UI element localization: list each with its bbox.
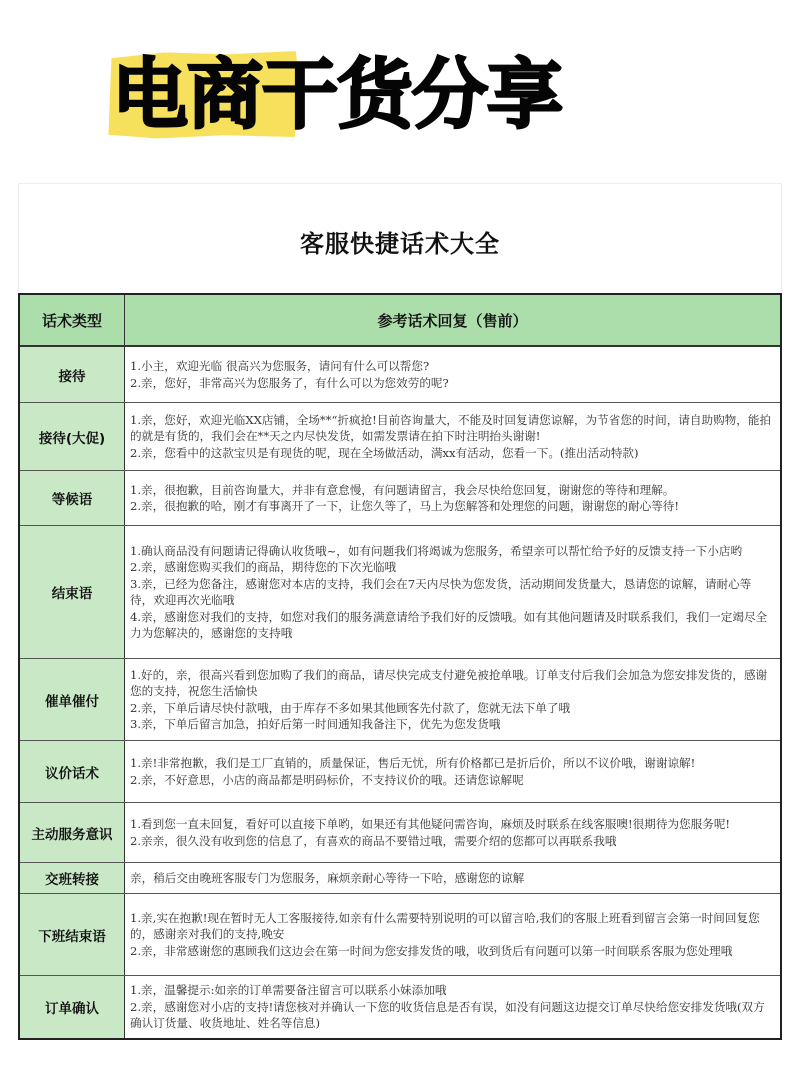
script-reply-cell: 1.小主，欢迎光临 很高兴为您服务，请问有什么可以帮您?2.亲，您好，非常高兴为… xyxy=(125,347,780,402)
reply-line: 1.亲，很抱歉，目前咨询量大，并非有意怠慢，有问题请留言，我会尽快给您回复，谢谢… xyxy=(130,482,774,499)
page-title-highlight-text: 电商 xyxy=(112,50,262,139)
reply-line: 2.亲亲，很久没有收到您的信息了，有喜欢的商品不要错过哦，需要介绍的您都可以再联… xyxy=(130,833,774,850)
reply-line: 1.小主，欢迎光临 很高兴为您服务，请问有什么可以帮您? xyxy=(130,358,774,375)
script-type-cell: 交班转接 xyxy=(20,863,125,893)
table-row: 交班转接亲，稍后交由晚班客服专门为您服务，麻烦亲耐心等待一下哈，感谢您的谅解 xyxy=(20,863,780,894)
script-reply-cell: 1.亲，您好，欢迎光临XX店铺，全场**“折疯抢!目前咨询量大，不能及时回复请您… xyxy=(125,403,780,470)
reply-line: 亲，稍后交由晚班客服专门为您服务，麻烦亲耐心等待一下哈，感谢您的谅解 xyxy=(130,870,774,887)
table-row: 订单确认1.亲，温馨提示:如亲的订单需要备注留言可以联系小妹添加哦2.亲，感谢您… xyxy=(20,976,780,1038)
script-reply-cell: 1.亲!非常抱歉，我们是工厂直销的，质量保证，售后无忧，所有价格都已是折后价，所… xyxy=(125,741,780,802)
reply-line: 2.亲，非常感谢您的惠顾我们这边会在第一时间为您安排发货的哦，收到货后有问题可以… xyxy=(130,943,774,960)
page-title: 电商干货分享 xyxy=(112,50,712,140)
reply-line: 3.亲，下单后留言加急，拍好后第一时间通知我备注下，优先为您发货哦 xyxy=(130,716,774,733)
reply-line: 1.亲，您好，欢迎光临XX店铺，全场**“折疯抢!目前咨询量大，不能及时回复请您… xyxy=(130,412,774,445)
reply-line: 1.确认商品没有问题请记得确认收货哦~，如有问题我们将竭诚为您服务，希望亲可以帮… xyxy=(130,543,774,560)
reply-line: 1.亲，温馨提示:如亲的订单需要备注留言可以联系小妹添加哦 xyxy=(130,982,774,999)
reply-line: 1.亲,实在抱歉!现在暂时无人工客服接待,如亲有什么需要特别说明的可以留言哈,我… xyxy=(130,910,774,943)
table-row: 结束语1.确认商品没有问题请记得确认收货哦~，如有问题我们将竭诚为您服务，希望亲… xyxy=(20,526,780,659)
script-reply-cell: 1.确认商品没有问题请记得确认收货哦~，如有问题我们将竭诚为您服务，希望亲可以帮… xyxy=(125,526,780,658)
table-row: 催单催付1.好的，亲，很高兴看到您加购了我们的商品，请尽快完成支付避免被抢单哦。… xyxy=(20,659,780,741)
table-header-row: 话术类型 参考话术回复（售前） xyxy=(20,295,780,347)
reply-line: 1.好的，亲，很高兴看到您加购了我们的商品，请尽快完成支付避免被抢单哦。订单支付… xyxy=(130,667,774,700)
reply-line: 2.亲，很抱歉的哈，刚才有事离开了一下，让您久等了，马上为您解答和处理您的问题，… xyxy=(130,498,774,515)
reply-line: 2.亲，您看中的这款宝贝是有现货的呢，现在全场做活动，满xx有活动，您看一下。(… xyxy=(130,445,774,462)
script-type-cell: 催单催付 xyxy=(20,659,125,740)
script-type-cell: 下班结束语 xyxy=(20,894,125,975)
reply-line: 2.亲，下单后请尽快付款哦，由于库存不多如果其他顾客先付款了，您就无法下单了哦 xyxy=(130,700,774,717)
script-reply-cell: 1.亲，很抱歉，目前咨询量大，并非有意怠慢，有问题请留言，我会尽快给您回复，谢谢… xyxy=(125,471,780,525)
script-type-cell: 主动服务意识 xyxy=(20,803,125,862)
table-row: 下班结束语1.亲,实在抱歉!现在暂时无人工客服接待,如亲有什么需要特别说明的可以… xyxy=(20,894,780,976)
table-body: 接待1.小主，欢迎光临 很高兴为您服务，请问有什么可以帮您?2.亲，您好，非常高… xyxy=(20,347,780,1038)
hero-banner: 电商干货分享 xyxy=(0,0,800,180)
table-row: 等候语1.亲，很抱歉，目前咨询量大，并非有意怠慢，有问题请留言，我会尽快给您回复… xyxy=(20,471,780,526)
reply-line: 3.亲，已经为您备注，感谢您对本店的支持，我们会在7天内尽快为您发货，活动期间发… xyxy=(130,576,774,609)
table-title-card: 客服快捷话术大全 xyxy=(18,183,782,293)
script-type-cell: 接待(大促) xyxy=(20,403,125,470)
reply-line: 2.亲，感谢您对小店的支持!请您核对并确认一下您的收货信息是否有误，如没有问题这… xyxy=(130,999,774,1032)
reply-line: 1.亲!非常抱歉，我们是工厂直销的，质量保证，售后无忧，所有价格都已是折后价，所… xyxy=(130,755,774,772)
script-reply-cell: 1.亲，温馨提示:如亲的订单需要备注留言可以联系小妹添加哦2.亲，感谢您对小店的… xyxy=(125,976,780,1038)
table-row: 主动服务意识1.看到您一直未回复，看好可以直接下单哟，如果还有其他疑问需咨询，麻… xyxy=(20,803,780,863)
reply-line: 2.亲，不好意思，小店的商品都是明码标价，不支持议价的哦。还请您谅解呢 xyxy=(130,772,774,789)
script-type-cell: 订单确认 xyxy=(20,976,125,1038)
script-reply-cell: 1.亲,实在抱歉!现在暂时无人工客服接待,如亲有什么需要特别说明的可以留言哈,我… xyxy=(125,894,780,975)
script-reply-cell: 1.好的，亲，很高兴看到您加购了我们的商品，请尽快完成支付避免被抢单哦。订单支付… xyxy=(125,659,780,740)
header-reply-column: 参考话术回复（售前） xyxy=(125,295,780,345)
header-type-column: 话术类型 xyxy=(20,295,125,345)
table-title: 客服快捷话术大全 xyxy=(19,224,781,259)
script-type-cell: 等候语 xyxy=(20,471,125,525)
page-title-rest-text: 干货分享 xyxy=(262,50,562,139)
reply-line: 2.亲，您好，非常高兴为您服务了，有什么可以为您效劳的呢? xyxy=(130,375,774,392)
script-reply-cell: 1.看到您一直未回复，看好可以直接下单哟，如果还有其他疑问需咨询，麻烦及时联系在… xyxy=(125,803,780,862)
script-reply-cell: 亲，稍后交由晚班客服专门为您服务，麻烦亲耐心等待一下哈，感谢您的谅解 xyxy=(125,863,780,893)
table-row: 接待1.小主，欢迎光临 很高兴为您服务，请问有什么可以帮您?2.亲，您好，非常高… xyxy=(20,347,780,403)
reply-line: 1.看到您一直未回复，看好可以直接下单哟，如果还有其他疑问需咨询，麻烦及时联系在… xyxy=(130,816,774,833)
reply-line: 2.亲，感谢您购买我们的商品，期待您的下次光临哦 xyxy=(130,559,774,576)
table-row: 议价话术1.亲!非常抱歉，我们是工厂直销的，质量保证，售后无忧，所有价格都已是折… xyxy=(20,741,780,803)
table-row: 接待(大促)1.亲，您好，欢迎光临XX店铺，全场**“折疯抢!目前咨询量大，不能… xyxy=(20,403,780,471)
scripts-table: 话术类型 参考话术回复（售前） 接待1.小主，欢迎光临 很高兴为您服务，请问有什… xyxy=(18,293,782,1040)
reply-line: 4.亲，感谢您对我们的支持，如您对我们的服务满意请给予我们好的反馈哦。如有其他问… xyxy=(130,609,774,642)
script-type-cell: 接待 xyxy=(20,347,125,402)
script-type-cell: 议价话术 xyxy=(20,741,125,802)
script-type-cell: 结束语 xyxy=(20,526,125,658)
